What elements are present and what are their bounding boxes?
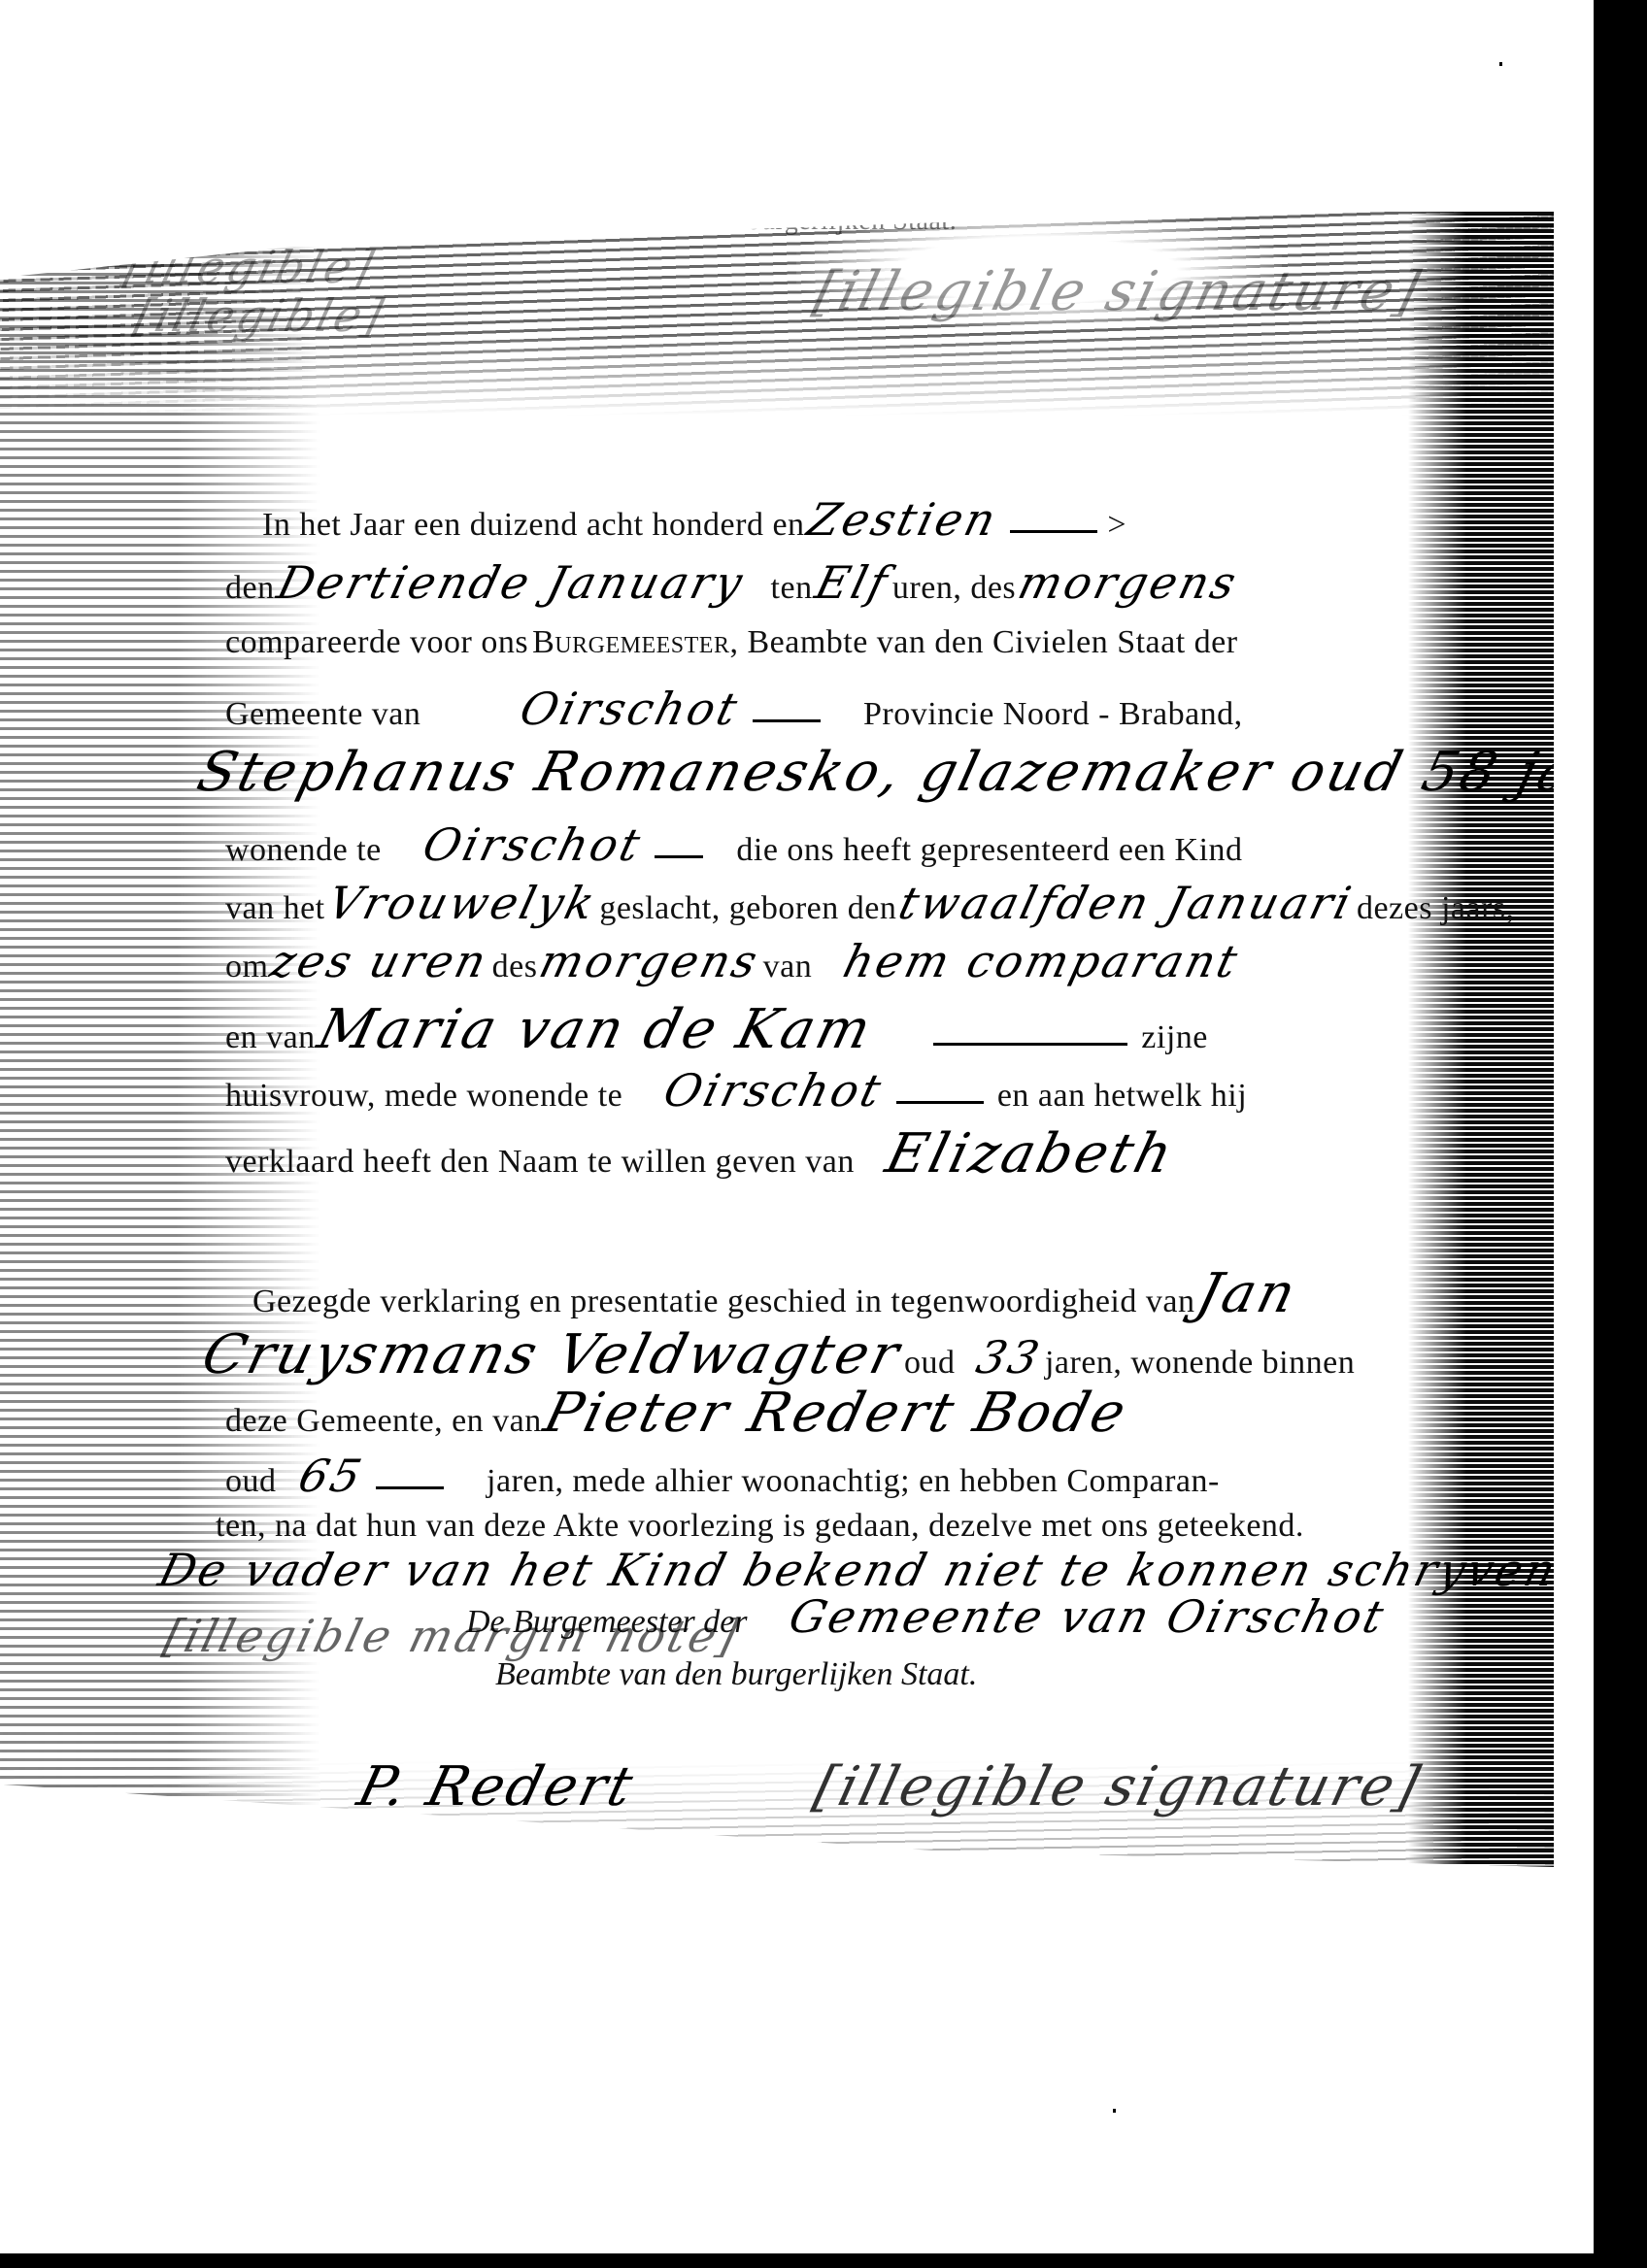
witness-line-2: Cruysmans Veldwagter oud 33 jaren, wonen… xyxy=(204,1323,1355,1386)
printed-text: zijne xyxy=(1141,1019,1208,1055)
handwritten-comparant: hem comparant xyxy=(839,935,1246,987)
record-line-8: om zes uren des morgens van hem comparan… xyxy=(225,935,1239,987)
record-line-11: verklaard heeft den Naam te willen geven… xyxy=(225,1122,1173,1185)
scan-border-right xyxy=(1594,0,1647,2268)
printed-text: oud xyxy=(904,1345,956,1381)
handwritten-residence: Oirschot xyxy=(418,818,648,871)
printed-text: , Beambte van den Civielen Staat der xyxy=(729,624,1237,660)
record-line-7: van het Vrouwelyk geslacht, geboren den … xyxy=(225,877,1515,929)
handwritten-daypart: morgens xyxy=(535,935,766,987)
printed-text: den xyxy=(225,570,275,606)
printed-text: Gezegde verklaring en presentatie geschi… xyxy=(252,1284,1194,1319)
witness-line-1: Gezegde verklaring en presentatie geschi… xyxy=(252,1262,1296,1325)
fill-dash xyxy=(753,719,821,722)
printed-text: compareerde voor ons xyxy=(225,624,528,660)
printed-title: Burgemeester xyxy=(532,624,729,660)
printed-text: Provincie Noord - Braband, xyxy=(863,696,1243,732)
previous-record-signature: [illegible signature] xyxy=(816,260,1420,323)
printed-text: deze Gemeente, en van xyxy=(225,1403,542,1439)
handwritten-witness-1: Cruysmans Veldwagter xyxy=(196,1323,908,1386)
handwritten-witness-2-age: 65 xyxy=(293,1450,369,1502)
fill-dash xyxy=(376,1486,444,1489)
handwritten-father: Stephanus Romanesko, glazemaker oud 58 j… xyxy=(191,741,1646,804)
printed-text: en van xyxy=(225,1019,316,1055)
handwritten-child-name: Elizabeth xyxy=(880,1122,1181,1185)
printed-text: van het xyxy=(225,890,325,926)
fill-dash xyxy=(896,1101,984,1104)
signature-official: [illegible signature] xyxy=(816,1755,1420,1818)
handwritten-witness-1-age: 33 xyxy=(972,1331,1048,1384)
printed-text: van xyxy=(763,949,813,984)
record-line-1: In het Jaar een duizend acht honderd en … xyxy=(262,493,1126,546)
printed-text: jaren, mede alhier woonachtig; en hebben… xyxy=(487,1463,1220,1499)
previous-record-header: Beambte van den burgerlijken Staat. xyxy=(544,206,957,237)
witness-line-4: oud 65 jaren, mede alhier woonachtig; en… xyxy=(225,1450,1220,1502)
record-line-6: wonende te Oirschot die ons heeft gepres… xyxy=(225,818,1243,871)
handwritten-note: De vader van het Kind bekend niet te kon… xyxy=(153,1544,1563,1596)
printed-text: om xyxy=(225,949,268,984)
printed-text: uren, des xyxy=(892,570,1016,606)
handwritten-witness-1-first: Jan xyxy=(1191,1262,1304,1325)
signature: P. Redert xyxy=(352,1755,642,1818)
record-line-2: den Dertiende January ten Elf uren, des … xyxy=(225,556,1237,609)
witness-line-6: De vader van het Kind bekend niet te kon… xyxy=(160,1544,1557,1596)
printed-text: en aan hetwelk hij xyxy=(997,1078,1247,1114)
printed-text: die ons heeft gepresenteerd een Kind xyxy=(736,832,1242,868)
previous-record-handwriting-2: [illegible] xyxy=(126,241,375,293)
handwritten-hour: Elf xyxy=(810,556,895,609)
fill-dash xyxy=(655,855,703,858)
scan-speck xyxy=(1113,2109,1116,2113)
printed-text: des xyxy=(492,949,538,984)
printed-text: wonende te xyxy=(225,832,382,868)
handwritten-residence: Oirschot xyxy=(659,1064,890,1117)
handwritten-municipality: Gemeente van Oirschot xyxy=(784,1590,1392,1643)
record-line-5: Stephanus Romanesko, glazemaker oud 58 j… xyxy=(199,741,1638,804)
handwritten-municipality: Oirschot xyxy=(516,683,746,735)
printed-text: In het Jaar een duizend acht honderd en xyxy=(262,507,805,543)
previous-record-handwriting-3: [illegible] xyxy=(136,289,385,342)
printed-text: Beambte van den burgerlijken Staat. xyxy=(495,1656,977,1692)
closing-margin-note: [illegible margin note] xyxy=(165,1610,739,1662)
scan-border-bottom xyxy=(0,2253,1647,2268)
printed-text: huisvrouw, mede wonende te xyxy=(225,1078,622,1114)
handwritten-mother: Maria van de Kam xyxy=(312,998,880,1061)
handwritten-birth-hour: zes uren xyxy=(266,935,495,987)
handwritten-year: Zestien xyxy=(802,493,1003,546)
record-line-4: Gemeente van Oirschot Provincie Noord - … xyxy=(225,683,1243,735)
record-line-9: en van Maria van de Kam zijne xyxy=(225,998,1208,1061)
signature: [illegible signature] xyxy=(808,1755,1429,1818)
record-line-10: huisvrouw, mede wonende te Oirschot en a… xyxy=(225,1064,1247,1117)
handwritten-birth-date: twaalfden Januari xyxy=(894,877,1360,929)
witness-line-3: deze Gemeente, en van Pieter Redert Bode xyxy=(225,1382,1126,1445)
record-line-3: compareerde voor ons Burgemeester, Beamb… xyxy=(225,624,1238,661)
handwritten-daypart: morgens xyxy=(1013,556,1244,609)
fill-dash xyxy=(933,1043,1127,1046)
fill-dash xyxy=(1010,530,1097,533)
scan-speck xyxy=(1499,62,1502,66)
printed-text: ten, na dat hun van deze Akte voorlezing… xyxy=(216,1508,1304,1544)
signature-witness: P. Redert xyxy=(359,1755,634,1818)
document-scan: Beambte van den burgerlijken Staat. [ill… xyxy=(0,212,1554,1867)
paper-shadow-right xyxy=(1408,212,1554,1867)
printed-text: dezes jaars, xyxy=(1357,890,1515,926)
printed-text: jaren, wonende binnen xyxy=(1045,1345,1355,1381)
handwritten-margin-note: [illegible margin note] xyxy=(158,1610,745,1662)
handwritten-date: Dertiende January xyxy=(272,556,750,609)
witness-line-5: ten, na dat hun van deze Akte voorlezing… xyxy=(216,1508,1304,1545)
printed-text: Gemeente van xyxy=(225,696,420,732)
printed-text: ten xyxy=(771,570,813,606)
previous-record-handwriting-1: [illegible] xyxy=(155,192,404,245)
closing-line-2: Beambte van den burgerlijken Staat. xyxy=(495,1656,977,1693)
handwritten-sex: Vrouwelyk xyxy=(322,877,602,929)
printed-text: verklaard heeft den Naam te willen geven… xyxy=(225,1144,855,1180)
printed-text: geslacht, geboren den xyxy=(599,890,896,926)
handwritten-witness-2: Pieter Redert Bode xyxy=(538,1382,1134,1445)
printed-text: oud xyxy=(225,1463,277,1499)
